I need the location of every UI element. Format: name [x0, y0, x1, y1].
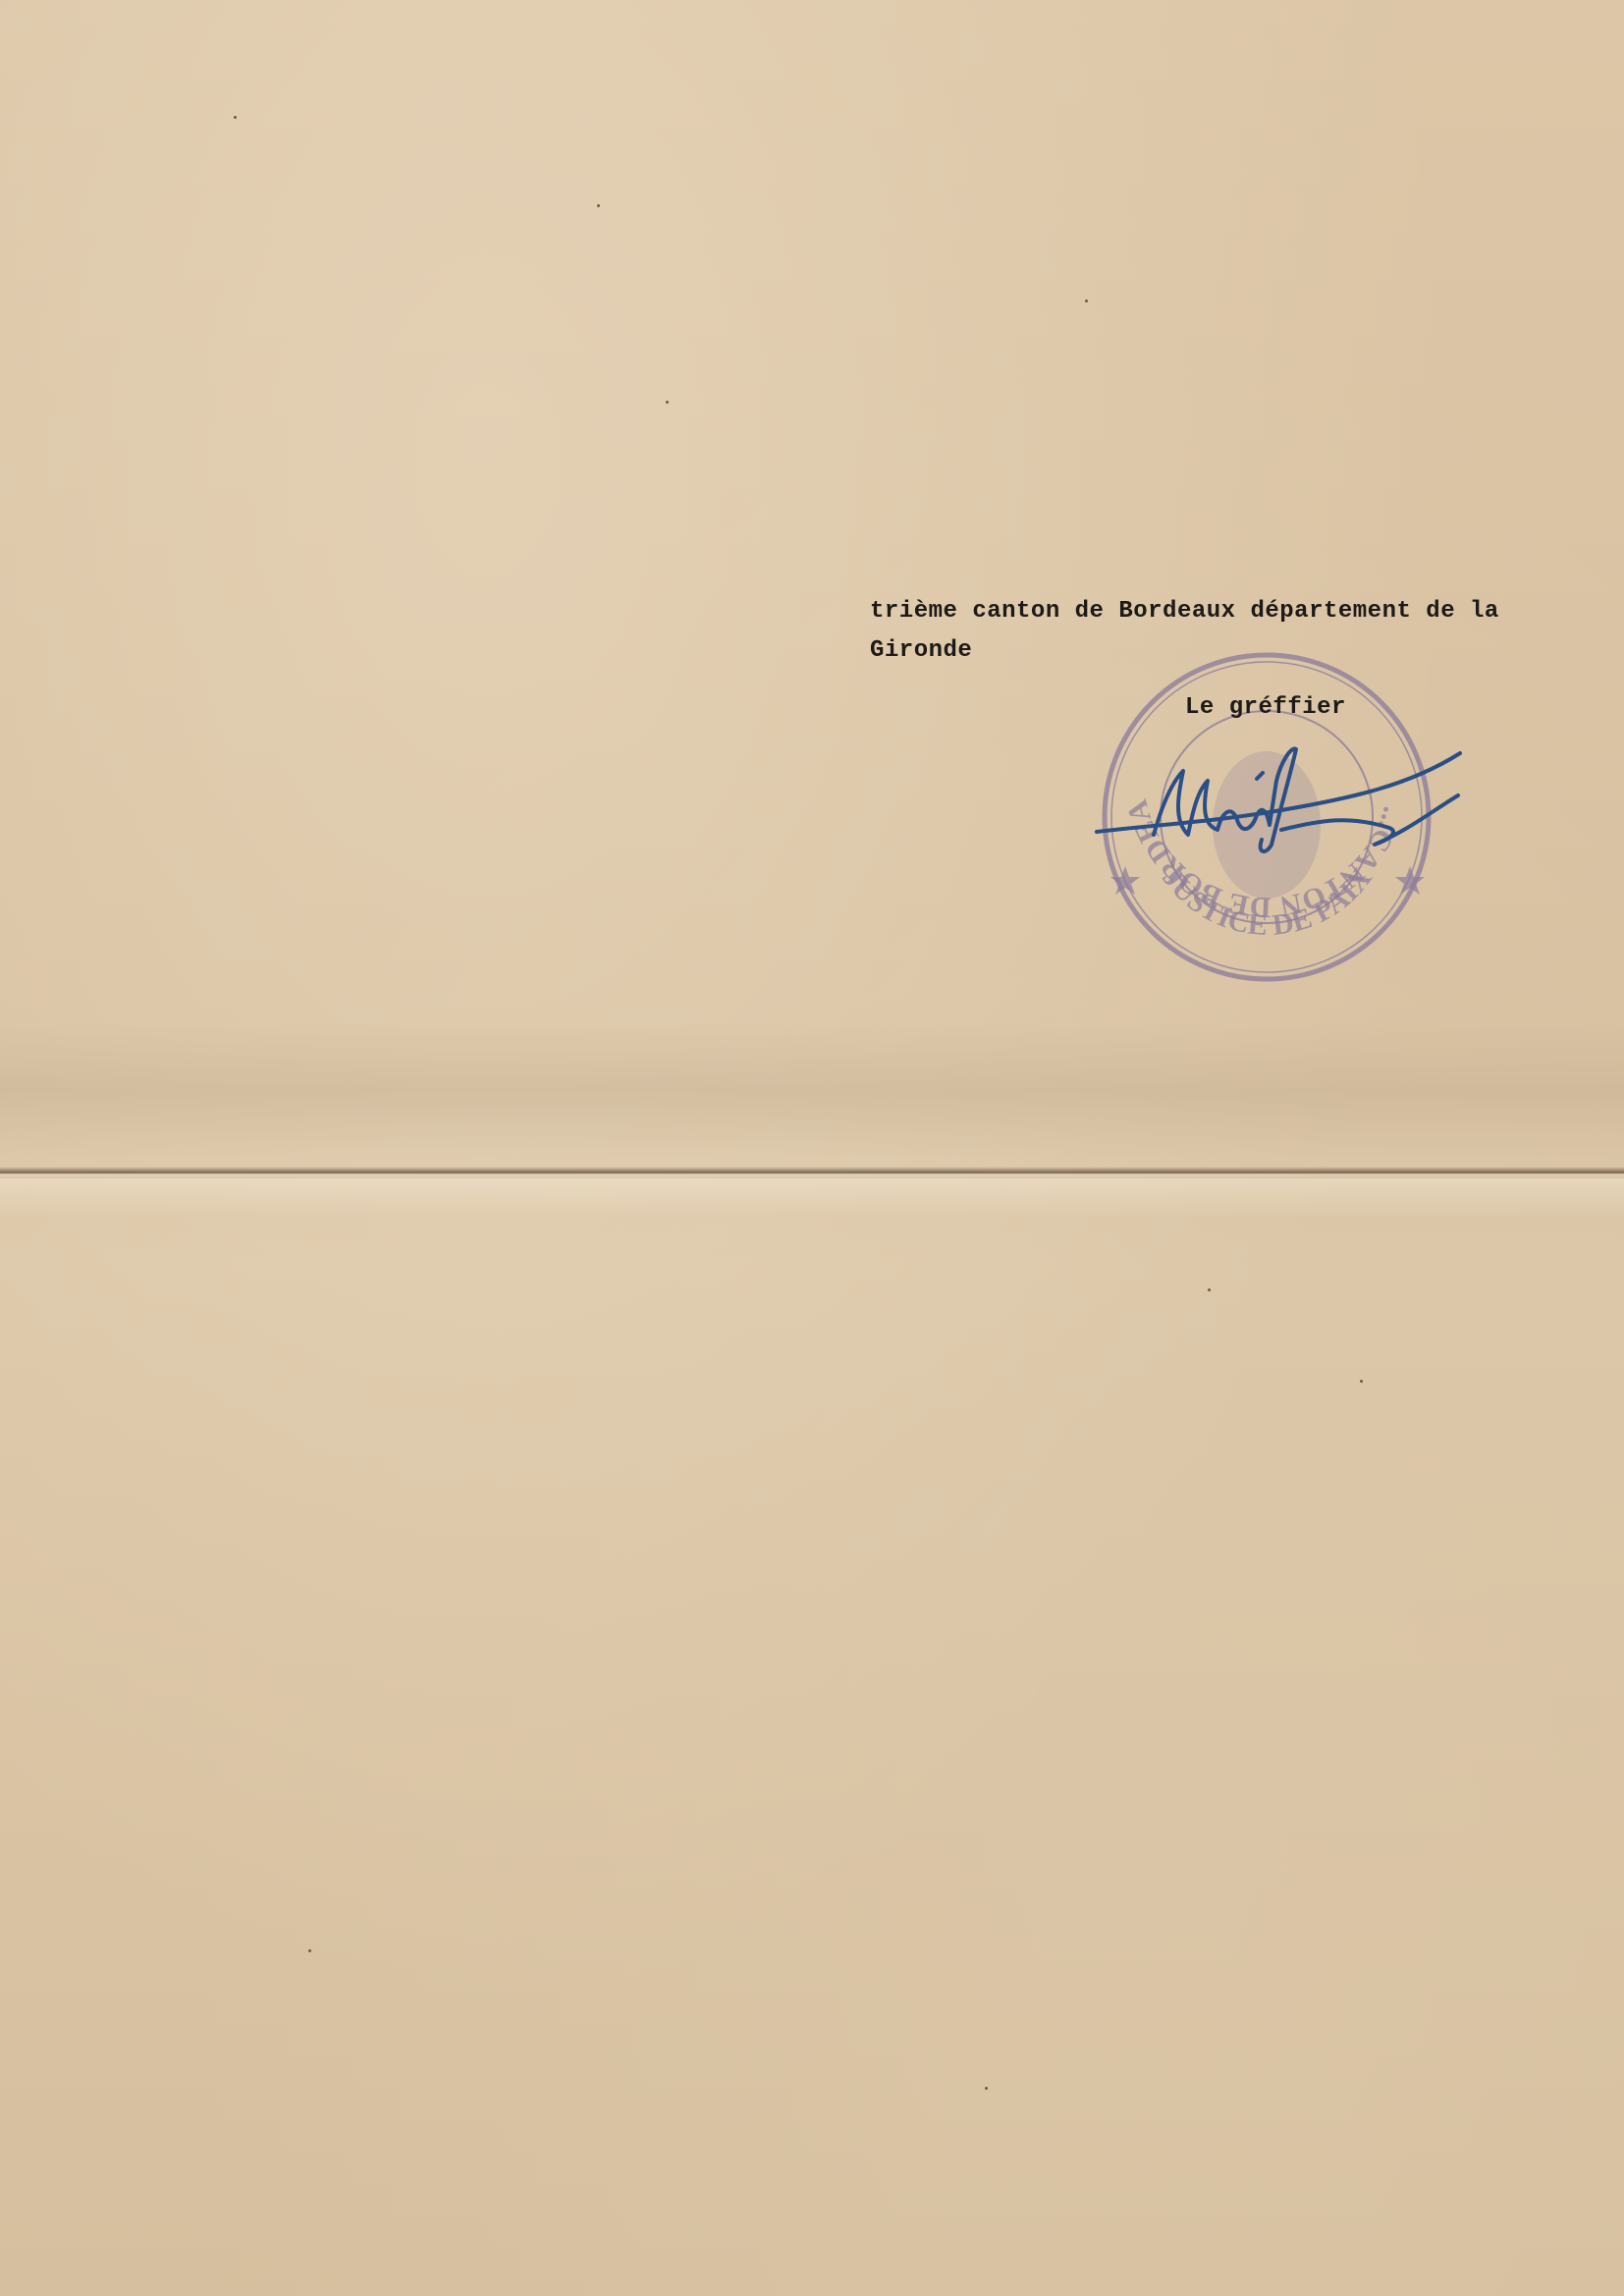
paper-fold-highlight — [0, 1178, 1624, 1218]
typed-line-2: Gironde — [870, 637, 972, 664]
paper-speck — [1208, 1288, 1211, 1291]
handwritten-signature — [1095, 741, 1463, 879]
paper-speck — [597, 204, 600, 207]
paper-speck — [985, 2087, 988, 2090]
paper-speck — [234, 116, 237, 119]
typed-line-1: trième canton de Bordeaux département de… — [870, 598, 1499, 625]
paper-fold-line — [0, 1167, 1624, 1176]
paper-crease — [0, 1021, 1624, 1159]
paper-speck — [666, 401, 669, 404]
paper-speck — [1360, 1380, 1363, 1383]
paper-speck — [1085, 300, 1088, 302]
signer-title: Le gréffier — [1185, 694, 1346, 721]
paper-speck — [308, 1949, 311, 1952]
